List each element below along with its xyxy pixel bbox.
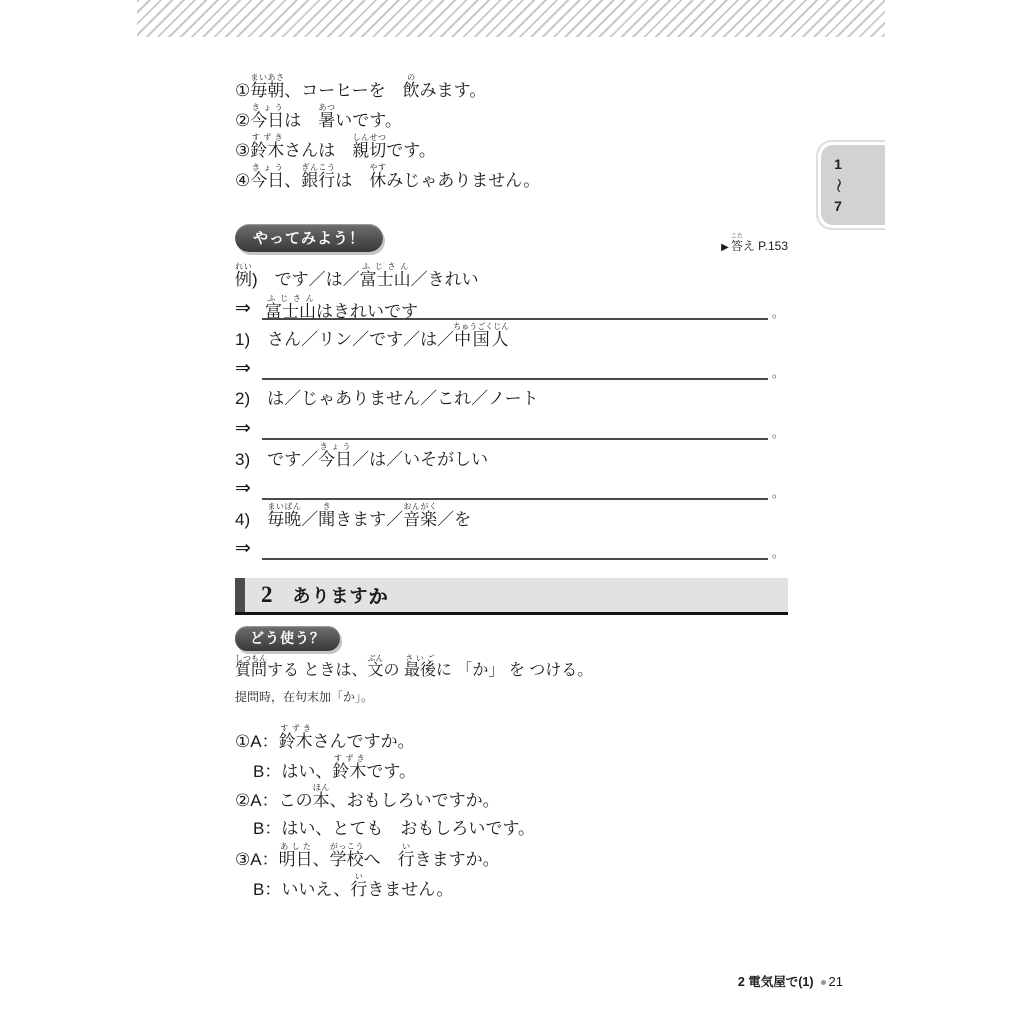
- period-mark: 。: [768, 366, 788, 380]
- unit-range-tab-inner: 1 〜 7: [821, 145, 885, 225]
- intro-example-sentences: ①毎朝まいあさ、コーヒーを 飲のみます。 ②今日きょうは 暑あついです。 ③鈴木…: [235, 73, 540, 193]
- qa-line-1a: ①A：鈴木すずきさんですか。: [235, 724, 535, 754]
- grammar-explanation: 質問しつもんする ときは、文ぶんの 最後さいごに 「か」 を つける。: [235, 654, 593, 684]
- period-mark: 。: [768, 306, 788, 320]
- exercise-block: 例れい) です／は／富士山ふじさん／きれい ⇒ 富士山ふじさんはきれいです 。 …: [235, 262, 788, 562]
- intro-sentence-4: ④今日きょう、銀行ぎんこうは 休やすみじゃありません。: [235, 163, 540, 193]
- exercise-item-4: 4) 毎晩まいばん／聞ききます／音楽おんがく／を ⇒ 。: [235, 502, 788, 562]
- qa-examples: ①A：鈴木すずきさんですか。 B：はい、鈴木すずきです。 ②A：この本ほん、おも…: [235, 724, 535, 901]
- exercise-item-2-prompt: 2) は／じゃありません／これ／ノート: [235, 382, 788, 414]
- intro-sentence-2: ②今日きょうは 暑あついです。: [235, 103, 540, 133]
- hatch-pattern: [137, 0, 885, 37]
- period-mark: 。: [768, 546, 788, 560]
- answer-line-blank: [262, 534, 768, 560]
- answer-line-blank: [262, 414, 768, 440]
- answer-page-label: 答こたえ P.153: [731, 239, 788, 253]
- footer-bullet-icon: [821, 980, 826, 985]
- how-to-use-section: どう使う？: [235, 626, 340, 651]
- exercise-item-3-answer-row: ⇒ 。: [235, 474, 788, 500]
- double-arrow-icon: ⇒: [235, 298, 262, 320]
- qa-line-1b: B：はい、鈴木すずきです。: [235, 754, 535, 784]
- double-arrow-icon: ⇒: [235, 478, 262, 500]
- footer-chapter-label: 2 電気屋で(1): [738, 975, 814, 989]
- exercise-example-prompt: 例れい) です／は／富士山ふじさん／きれい: [235, 262, 788, 294]
- exercise-item-1-prompt: 1) さん／リン／です／は／中国人ちゅうごくじん: [235, 322, 788, 354]
- intro-sentence-3: ③鈴木すずきさんは 親切しんせつです。: [235, 133, 540, 163]
- triangle-icon: ▶: [721, 242, 729, 253]
- footer-page-number: 21: [829, 974, 843, 989]
- qa-line-2b: B：はい、とても おもしろいです。: [235, 813, 535, 843]
- double-arrow-icon: ⇒: [235, 538, 262, 560]
- tab-tilde: 〜: [828, 168, 849, 202]
- section-2-header: 2 あります か: [235, 578, 788, 615]
- double-arrow-icon: ⇒: [235, 418, 262, 440]
- qa-line-2a: ②A：この本ほん、おもしろいですか。: [235, 783, 535, 813]
- exercise-item-2-answer-row: ⇒ 。: [235, 414, 788, 440]
- answer-line-blank: [262, 474, 768, 500]
- section-title-emphasis: か: [369, 582, 389, 609]
- try-it-section: やってみよう！ ▶答こたえ P.153: [235, 224, 788, 252]
- exercise-item-1: 1) さん／リン／です／は／中国人ちゅうごくじん ⇒ 。: [235, 322, 788, 382]
- answer-line-filled: 富士山ふじさんはきれいです: [262, 294, 768, 320]
- qa-line-3a: ③A：明日あした、学校がっこうへ 行いきますか。: [235, 842, 535, 872]
- exercise-item-3-prompt: 3) です／今日きょう／は／いそがしい: [235, 442, 788, 474]
- page-footer: 2 電気屋で(1)21: [738, 972, 843, 990]
- chinese-translation: 提問時，在句末加「か」。: [235, 688, 373, 705]
- answer-reference: ▶答こたえ P.153: [721, 234, 788, 254]
- exercise-example: 例れい) です／は／富士山ふじさん／きれい ⇒ 富士山ふじさんはきれいです 。: [235, 262, 788, 322]
- qa-line-3b: B：いいえ、行いきません。: [235, 872, 535, 902]
- exercise-item-4-answer-row: ⇒ 。: [235, 534, 788, 560]
- exercise-item-3: 3) です／今日きょう／は／いそがしい ⇒ 。: [235, 442, 788, 502]
- exercise-item-1-answer-row: ⇒ 。: [235, 354, 788, 380]
- answer-line-blank: [262, 354, 768, 380]
- how-to-use-button: どう使う？: [235, 626, 340, 651]
- section-title: あります: [293, 582, 369, 608]
- section-header-accent-block: [235, 578, 245, 612]
- try-it-button: やってみよう！: [235, 224, 383, 252]
- unit-range-tab: 1 〜 7: [816, 140, 885, 230]
- intro-sentence-1: ①毎朝まいあさ、コーヒーを 飲のみます。: [235, 73, 540, 103]
- period-mark: 。: [768, 486, 788, 500]
- exercise-item-2: 2) は／じゃありません／これ／ノート ⇒ 。: [235, 382, 788, 442]
- double-arrow-icon: ⇒: [235, 358, 262, 380]
- exercise-example-answer-row: ⇒ 富士山ふじさんはきれいです 。: [235, 294, 788, 320]
- period-mark: 。: [768, 426, 788, 440]
- exercise-item-4-prompt: 4) 毎晩まいばん／聞ききます／音楽おんがく／を: [235, 502, 788, 534]
- workbook-page: 1 〜 7 ①毎朝まいあさ、コーヒーを 飲のみます。 ②今日きょうは 暑あついで…: [0, 0, 1024, 1024]
- section-number: 2: [261, 582, 273, 608]
